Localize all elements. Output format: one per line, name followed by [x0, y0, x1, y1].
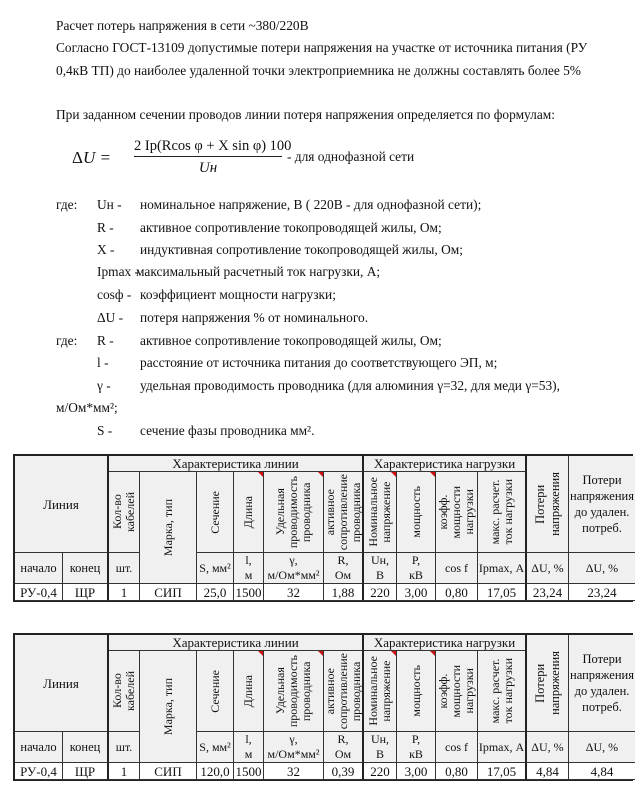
table-cell-pf: 0,80 — [436, 763, 478, 780]
voltage-loss-formula: ΔU = 2 Ip(Rcos φ + X sin φ) 100 Uн - для… — [72, 136, 402, 186]
header-section-text: Сечение — [209, 670, 222, 713]
table-cell-loss-text: 23,24 — [533, 586, 562, 599]
table-cell-current-text: 17,05 — [487, 586, 516, 599]
header-line: Линия — [15, 456, 109, 553]
header-voltage-loss-text: Потери напряжения — [533, 651, 563, 715]
header-voltage-loss: Потери напряжения — [527, 635, 569, 732]
formula-intro: При заданном сечении проводов линии поте… — [56, 107, 555, 123]
header-group-line-text: Характеристика линии — [172, 636, 298, 649]
unit-power-factor-text: cos f — [445, 561, 468, 576]
header-brand: Марка, тип — [140, 651, 197, 763]
unit-power-text: Р, кВ — [409, 553, 423, 583]
unit-cables-text: шт. — [116, 740, 133, 755]
header-line: Линия — [15, 635, 109, 732]
unit-voltage: Uн, В — [364, 732, 397, 763]
header-resistance: активное сопротивление проводника — [324, 472, 364, 553]
unit-section-text: S, мм² — [199, 740, 230, 755]
unit-current: Ipmax, А — [478, 732, 527, 763]
header-start-text: начало — [20, 741, 56, 754]
table-cell-conductivity: 32 — [264, 584, 324, 601]
header-conductivity: Удельная проводимость проводника — [264, 472, 324, 553]
intro-line-2: 0,4кВ ТП) до наиболее удаленной точки эл… — [56, 63, 581, 79]
header-power: мощность — [397, 651, 436, 732]
loss-table-1: ЛинияХарактеристика линииХарактеристика … — [13, 454, 633, 602]
header-length: Длина — [234, 472, 264, 553]
header-group-line: Характеристика линии — [109, 635, 364, 651]
unit-resistance-text: R, Ом — [335, 732, 351, 762]
header-resistance-text: активное сопротивление проводника — [324, 474, 363, 550]
table-cell-end-text: ЩР — [75, 586, 95, 599]
unit-power-factor-text: cos f — [445, 740, 468, 755]
formula-lhs: ΔU = — [72, 148, 111, 168]
table-cell-start: РУ-0,4 — [15, 584, 63, 601]
unit-length: l, м — [234, 732, 264, 763]
table-cell-section: 25,0 — [197, 584, 234, 601]
header-cables-text: Кол-во кабелей — [111, 671, 137, 711]
unit-voltage: Uн, В — [364, 553, 397, 584]
legend-symbol: cosф - — [97, 287, 131, 303]
table-cell-power-text: 3,00 — [405, 765, 428, 778]
header-brand-text: Марка, тип — [162, 499, 175, 556]
unit-current: Ipmax, А — [478, 553, 527, 584]
table-cell-current: 17,05 — [478, 763, 527, 780]
table-cell-cables-text: 1 — [121, 765, 128, 778]
table-cell-voltage: 220 — [364, 763, 397, 780]
header-line-text: Линия — [43, 498, 79, 511]
unit-resistance: R, Ом — [324, 553, 364, 584]
legend-description: сечение фазы проводника мм². — [140, 423, 314, 439]
table-cell-length-text: 1500 — [236, 586, 262, 599]
unit-conductivity-text: γ, м/Ом*мм² — [268, 553, 320, 583]
table-cell-current-text: 17,05 — [487, 765, 516, 778]
header-max-current-text: макс. расчет. ток нагрузки — [489, 658, 515, 723]
unit-loss-remote-text: ΔU, % — [586, 740, 618, 755]
legend-description: максимальный расчетный ток нагрузки, А; — [136, 264, 380, 280]
legend-symbol: Ipmax - — [97, 264, 139, 280]
header-resistance: активное сопротивление проводника — [324, 651, 364, 732]
table-cell-pf: 0,80 — [436, 584, 478, 601]
unit-length-text: l, м — [245, 553, 253, 583]
table-cell-resistance-text: 0,39 — [332, 765, 355, 778]
header-loss-remote: Потери напряжения до удален. потреб. — [569, 635, 635, 732]
unit-loss-remote: ΔU, % — [569, 553, 635, 584]
unit-conductivity: γ, м/Ом*мм² — [264, 553, 324, 584]
unit-loss-text: ΔU, % — [531, 740, 563, 755]
table-cell-resistance-text: 1,88 — [332, 586, 355, 599]
header-cables: Кол-во кабелей — [109, 651, 140, 732]
unit-voltage-text: Uн, В — [371, 553, 389, 583]
table-cell-section-text: 120,0 — [200, 765, 229, 778]
legend-where-label: где: — [56, 197, 77, 213]
table-cell-loss-remote-text: 23,24 — [587, 586, 616, 599]
unit-length: l, м — [234, 553, 264, 584]
formula-numerator: 2 Ip(Rcos φ + X sin φ) 100 — [134, 136, 282, 157]
unit-loss-remote-text: ΔU, % — [586, 561, 618, 576]
header-section: Сечение — [197, 651, 234, 732]
header-max-current-text: макс. расчет. ток нагрузки — [489, 479, 515, 544]
header-section-text: Сечение — [209, 491, 222, 534]
legend-symbol: Uн - — [97, 197, 122, 213]
legend-description: м/Ом*мм²; — [56, 400, 118, 416]
legend-where-label: где: — [56, 333, 77, 349]
legend-description: активное сопротивление токопроводящей жи… — [140, 220, 442, 236]
legend-symbol: S - — [97, 423, 112, 439]
header-group-line-text: Характеристика линии — [172, 457, 298, 470]
header-brand: Марка, тип — [140, 472, 197, 584]
header-power-factor: коэфф. мощности нагрузки — [436, 651, 478, 732]
header-voltage-loss-text: Потери напряжения — [533, 472, 563, 536]
legend-symbol: R - — [97, 220, 114, 236]
legend-description: коэффициент мощности нагрузки; — [140, 287, 336, 303]
header-group-line: Характеристика линии — [109, 456, 364, 472]
intro-line-1: Согласно ГОСТ-13109 допустимые потери на… — [56, 40, 587, 56]
table-cell-voltage-text: 220 — [370, 765, 390, 778]
table-cell-voltage: 220 — [364, 584, 397, 601]
table-cell-current: 17,05 — [478, 584, 527, 601]
table-cell-voltage-text: 220 — [370, 586, 390, 599]
header-power-factor-text: коэфф. мощности нагрузки — [437, 665, 476, 718]
table-cell-length: 1500 — [234, 763, 264, 780]
formula-denominator: Uн — [134, 157, 282, 179]
table-cell-power: 3,00 — [397, 584, 436, 601]
header-length-text: Длина — [242, 496, 255, 528]
header-power-factor: коэфф. мощности нагрузки — [436, 472, 478, 553]
unit-current-text: Ipmax, А — [479, 561, 524, 576]
table-cell-cables: 1 — [109, 584, 140, 601]
table-cell-length: 1500 — [234, 584, 264, 601]
table-cell-section-text: 25,0 — [204, 586, 227, 599]
legend-symbol: X - — [97, 242, 114, 258]
header-cables: Кол-во кабелей — [109, 472, 140, 553]
unit-power: Р, кВ — [397, 553, 436, 584]
header-max-current: макс. расчет. ток нагрузки — [478, 651, 527, 732]
header-start-text: начало — [20, 562, 56, 575]
header-power-factor-text: коэфф. мощности нагрузки — [437, 486, 476, 539]
loss-table-2: ЛинияХарактеристика линииХарактеристика … — [13, 633, 633, 781]
table-cell-resistance: 0,39 — [324, 763, 364, 780]
table-cell-end: ЩР — [63, 584, 109, 601]
unit-loss-text: ΔU, % — [531, 561, 563, 576]
unit-loss: ΔU, % — [527, 732, 569, 763]
legend-description: расстояние от источника питания до соотв… — [140, 355, 497, 371]
unit-power: Р, кВ — [397, 732, 436, 763]
legend-symbol: R - — [97, 333, 114, 349]
unit-cables-text: шт. — [116, 561, 133, 576]
header-start: начало — [15, 553, 63, 584]
legend-description: удельная проводимость проводника (для ал… — [140, 378, 560, 394]
header-length: Длина — [234, 651, 264, 732]
header-group-load: Характеристика нагрузки — [364, 635, 527, 651]
header-loss-remote-text: Потери напряжения до удален. потреб. — [570, 651, 634, 715]
header-end: конец — [63, 732, 109, 763]
header-end: конец — [63, 553, 109, 584]
table-cell-loss-remote: 4,84 — [569, 763, 635, 780]
unit-loss-remote: ΔU, % — [569, 732, 635, 763]
table-cell-cables: 1 — [109, 763, 140, 780]
header-resistance-text: активное сопротивление проводника — [324, 653, 363, 729]
table-cell-pf-text: 0,80 — [445, 586, 468, 599]
table-cell-resistance: 1,88 — [324, 584, 364, 601]
header-conductivity-text: Удельная проводимость проводника — [274, 655, 313, 727]
table-cell-start: РУ-0,4 — [15, 763, 63, 780]
header-conductivity: Удельная проводимость проводника — [264, 651, 324, 732]
legend-description: номинальное напряжение, В ( 220В - для о… — [140, 197, 481, 213]
header-loss-remote: Потери напряжения до удален. потреб. — [569, 456, 635, 553]
header-start: начало — [15, 732, 63, 763]
header-group-load-text: Характеристика нагрузки — [374, 457, 515, 470]
table-cell-loss: 4,84 — [527, 763, 569, 780]
unit-loss: ΔU, % — [527, 553, 569, 584]
table-cell-brand-text: СИП — [154, 765, 181, 778]
header-cables-text: Кол-во кабелей — [111, 492, 137, 532]
header-power-text: мощность — [410, 486, 423, 538]
table-cell-length-text: 1500 — [236, 765, 262, 778]
table-cell-pf-text: 0,80 — [445, 765, 468, 778]
unit-power-factor: cos f — [436, 732, 478, 763]
header-line-text: Линия — [43, 677, 79, 690]
table-cell-power: 3,00 — [397, 763, 436, 780]
table-cell-brand-text: СИП — [154, 586, 181, 599]
header-brand-text: Марка, тип — [162, 678, 175, 735]
unit-conductivity: γ, м/Ом*мм² — [264, 732, 324, 763]
document-title: Расчет потерь напряжения в сети ~380/220… — [56, 18, 309, 34]
table-cell-conductivity-text: 32 — [287, 586, 300, 599]
header-group-load: Характеристика нагрузки — [364, 456, 527, 472]
header-section: Сечение — [197, 472, 234, 553]
unit-current-text: Ipmax, А — [479, 740, 524, 755]
header-max-current: макс. расчет. ток нагрузки — [478, 472, 527, 553]
header-end-text: конец — [70, 741, 101, 754]
table-cell-brand: СИП — [140, 584, 197, 601]
header-end-text: конец — [70, 562, 101, 575]
table-cell-cables-text: 1 — [121, 586, 128, 599]
header-voltage-loss: Потери напряжения — [527, 456, 569, 553]
table-cell-section: 120,0 — [197, 763, 234, 780]
header-length-text: Длина — [242, 675, 255, 707]
table-cell-power-text: 3,00 — [405, 586, 428, 599]
table-cell-start-text: РУ-0,4 — [20, 765, 57, 778]
legend-description: потеря напряжения % от номинального. — [140, 310, 368, 326]
unit-length-text: l, м — [245, 732, 253, 762]
unit-resistance-text: R, Ом — [335, 553, 351, 583]
unit-section: S, мм² — [197, 553, 234, 584]
unit-section: S, мм² — [197, 732, 234, 763]
legend-description: индуктивная сопротивление токопроводящей… — [140, 242, 463, 258]
table-cell-start-text: РУ-0,4 — [20, 586, 57, 599]
formula-note: - для однофазной сети — [287, 149, 414, 165]
formula-fraction: 2 Ip(Rcos φ + X sin φ) 100 Uн — [134, 136, 282, 179]
table-cell-loss: 23,24 — [527, 584, 569, 601]
unit-power-factor: cos f — [436, 553, 478, 584]
header-conductivity-text: Удельная проводимость проводника — [274, 476, 313, 548]
header-group-load-text: Характеристика нагрузки — [374, 636, 515, 649]
unit-conductivity-text: γ, м/Ом*мм² — [268, 732, 320, 762]
legend-symbol: l - — [97, 355, 109, 371]
table-cell-loss-remote: 23,24 — [569, 584, 635, 601]
legend-description: активное сопротивление токопроводящей жи… — [140, 333, 442, 349]
table-cell-loss-text: 4,84 — [536, 765, 559, 778]
header-nominal-voltage-text: Номинальное напряжение — [367, 477, 393, 547]
header-nominal-voltage: Номинальное напряжение — [364, 651, 397, 732]
table-cell-conductivity: 32 — [264, 763, 324, 780]
unit-cables: шт. — [109, 553, 140, 584]
table-cell-end: ЩР — [63, 763, 109, 780]
unit-cables: шт. — [109, 732, 140, 763]
header-loss-remote-text: Потери напряжения до удален. потреб. — [570, 472, 634, 536]
legend-symbol: ΔU - — [97, 310, 123, 326]
header-power: мощность — [397, 472, 436, 553]
unit-voltage-text: Uн, В — [371, 732, 389, 762]
header-nominal-voltage: Номинальное напряжение — [364, 472, 397, 553]
table-cell-brand: СИП — [140, 763, 197, 780]
unit-section-text: S, мм² — [199, 561, 230, 576]
unit-power-text: Р, кВ — [409, 732, 423, 762]
table-cell-conductivity-text: 32 — [287, 765, 300, 778]
table-cell-end-text: ЩР — [75, 765, 95, 778]
table-cell-loss-remote-text: 4,84 — [591, 765, 614, 778]
header-nominal-voltage-text: Номинальное напряжение — [367, 656, 393, 726]
unit-resistance: R, Ом — [324, 732, 364, 763]
header-power-text: мощность — [410, 665, 423, 717]
legend-symbol: γ - — [97, 378, 111, 394]
